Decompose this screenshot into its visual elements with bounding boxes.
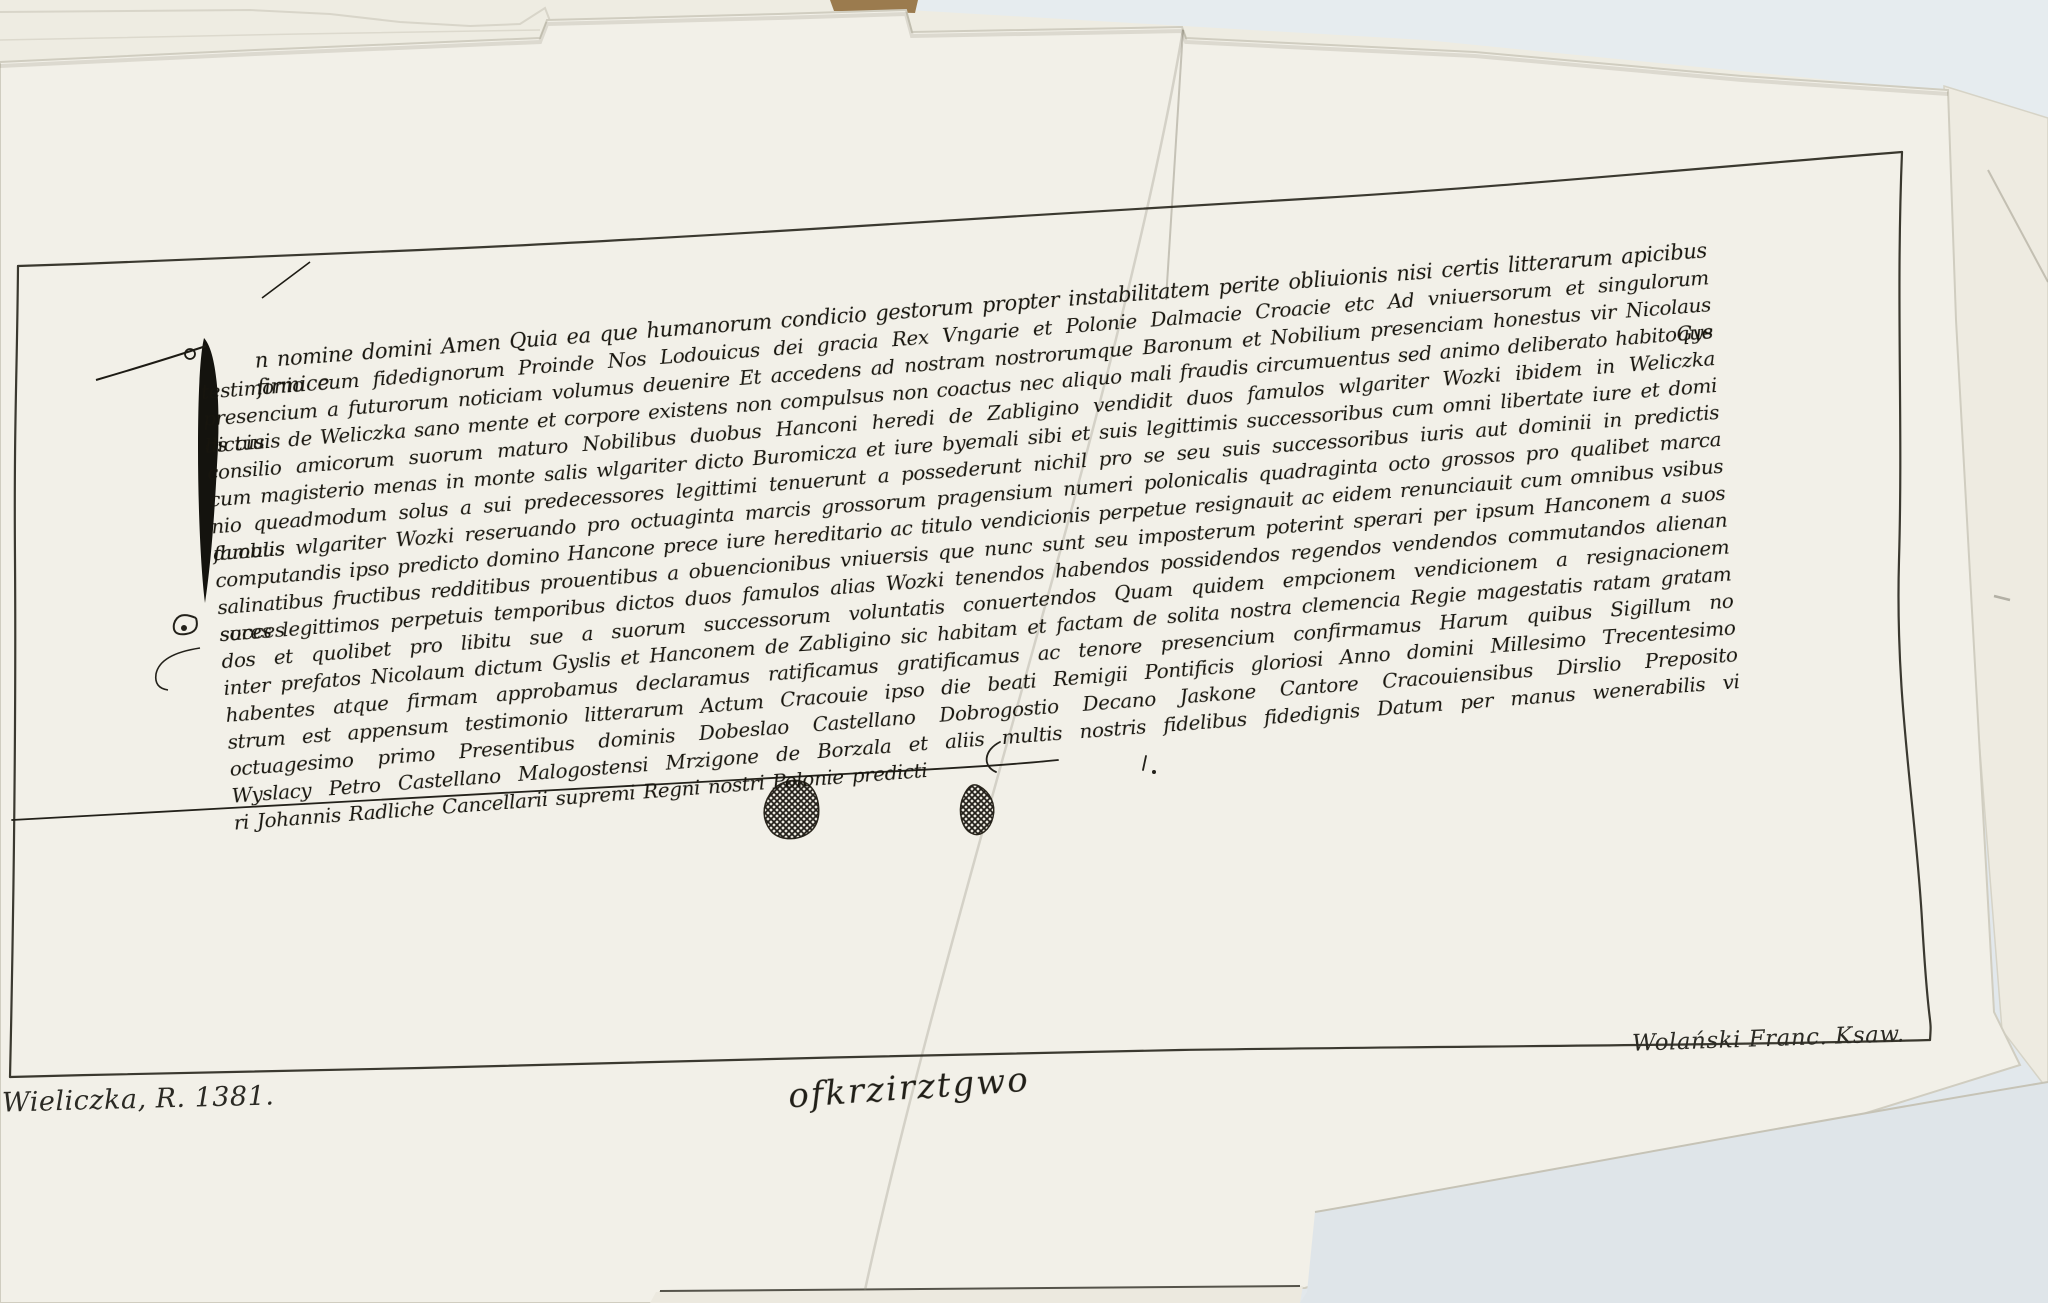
margin-mark bbox=[156, 615, 200, 690]
photograph-of-charter-facsimile: n nomine domini Amen Quia ea que humanor… bbox=[0, 0, 2048, 1303]
seal-mark-right bbox=[960, 785, 993, 835]
